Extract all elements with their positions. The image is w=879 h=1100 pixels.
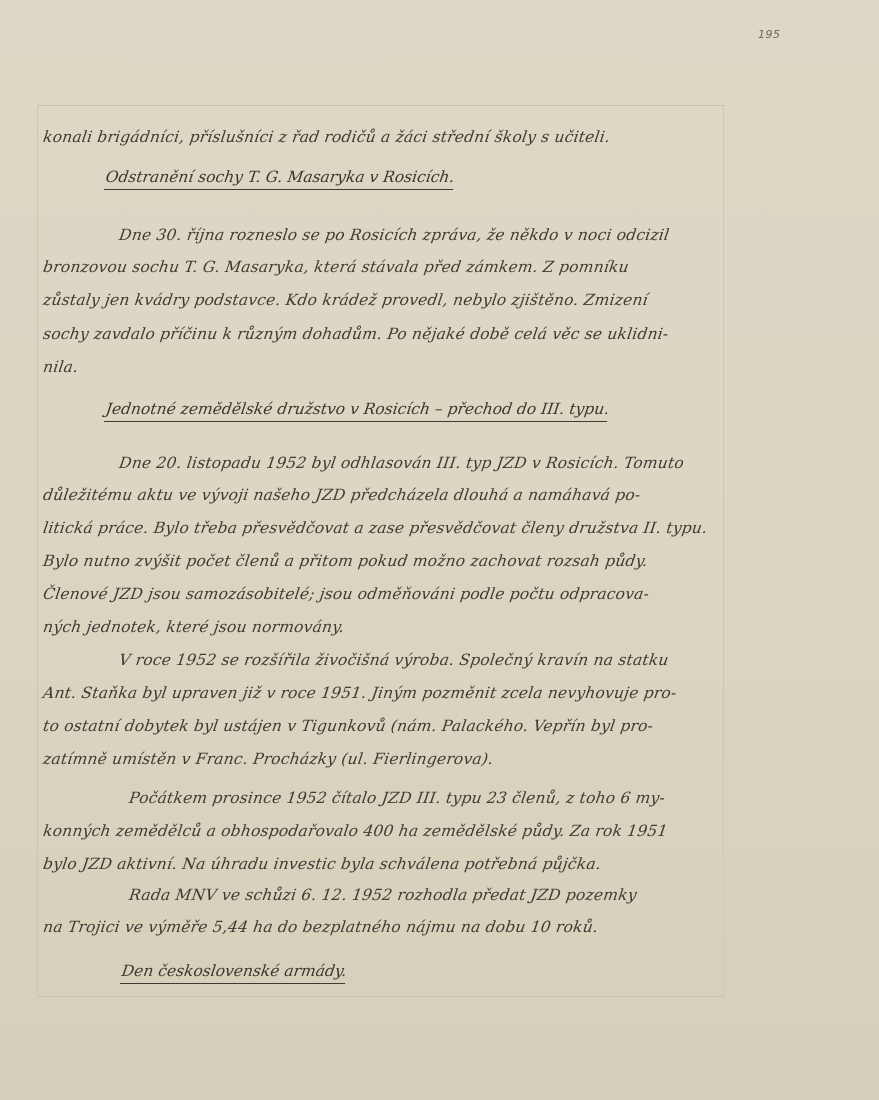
text-line: na Trojici ve výměře 5,44 ha do bezplatn…	[42, 918, 599, 936]
text-line: Dne 30. října rozneslo se po Rosicích zp…	[118, 226, 670, 244]
text-line: bronzovou sochu T. G. Masaryka, která st…	[42, 258, 630, 276]
text-line: nila.	[42, 358, 80, 376]
text-line: Dne 20. listopadu 1952 byl odhlasován II…	[118, 454, 685, 472]
text-line: ných jednotek, které jsou normovány.	[42, 618, 346, 636]
text-line: Členové JZD jsou samozásobitelé; jsou od…	[42, 585, 650, 603]
text-line: bylo JZD aktivní. Na úhradu investic byl…	[42, 855, 602, 873]
text-line: důležitému aktu ve vývoji našeho JZD pře…	[42, 486, 642, 504]
text-line: Ant. Staňka byl upraven již v roce 1951.…	[42, 684, 678, 702]
notebook-page: 195 konali brigádníci, příslušníci z řad…	[0, 0, 879, 1100]
text-line: litická práce. Bylo třeba přesvědčovat a…	[42, 519, 709, 537]
text-line: konných zemědělců a obhospodařovalo 400 …	[42, 822, 669, 840]
text-line: Bylo nutno zvýšit počet členů a přitom p…	[42, 552, 649, 570]
text-line: Počátkem prosince 1952 čítalo JZD III. t…	[128, 789, 666, 807]
section-heading-jzd: Jednotné zemědělské družstvo v Rosicích …	[104, 400, 610, 422]
text-line: Rada MNV ve schůzi 6. 12. 1952 rozhodla …	[128, 886, 638, 904]
text-line: V roce 1952 se rozšířila živočišná výrob…	[118, 651, 670, 669]
section-heading-army-day: Den československé armády.	[120, 962, 348, 984]
text-line: to ostatní dobytek byl ustájen v Tigunko…	[42, 717, 654, 735]
text-line: konali brigádníci, příslušníci z řad rod…	[42, 128, 611, 146]
text-line: sochy zavdalo příčinu k různým dohadům. …	[42, 325, 670, 343]
page-number: 195	[758, 28, 781, 41]
section-heading-masaryk-statue: Odstranění sochy T. G. Masaryka v Rosicí…	[104, 168, 456, 190]
text-line: zatímně umístěn v Franc. Procházky (ul. …	[42, 750, 495, 768]
text-line: zůstaly jen kvádry podstavce. Kdo krádež…	[42, 291, 649, 309]
